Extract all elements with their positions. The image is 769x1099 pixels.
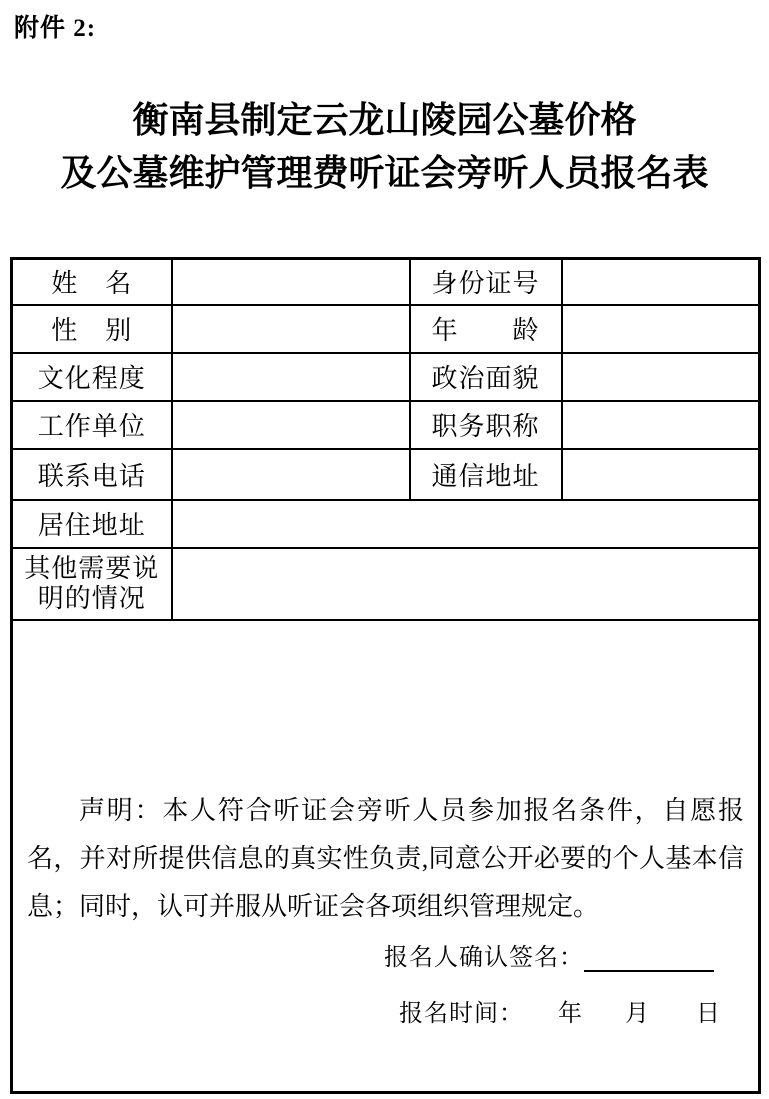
field-political-status[interactable] <box>562 353 760 401</box>
field-other-notes[interactable] <box>172 548 760 620</box>
table-row: 工作单位 职务职称 <box>12 401 760 449</box>
signature-line: 报名人确认签名： <box>384 937 714 972</box>
field-job-title[interactable] <box>562 401 760 449</box>
table-row: 联系电话 通信地址 <box>12 449 760 500</box>
table-row: 姓 名 身份证号 <box>12 259 760 305</box>
page-title: 衡南县制定云龙山陵园公墓价格 及公墓维护管理费听证会旁听人员报名表 <box>0 94 769 200</box>
signature-underline[interactable] <box>584 946 714 972</box>
page-title-line2: 及公墓维护管理费听证会旁听人员报名表 <box>0 147 769 200</box>
date-line: 报名时间：年月日 <box>399 993 721 1028</box>
field-age[interactable] <box>562 305 760 353</box>
label-mailing-address: 通信地址 <box>410 449 562 500</box>
date-day-label: 日 <box>696 1001 721 1027</box>
field-mailing-address[interactable] <box>562 449 760 500</box>
table-row: 居住地址 <box>12 500 760 548</box>
document-page: 附件 2: 衡南县制定云龙山陵园公墓价格 及公墓维护管理费听证会旁听人员报名表 … <box>0 0 769 1099</box>
field-work-unit[interactable] <box>172 401 410 449</box>
field-education[interactable] <box>172 353 410 401</box>
date-year-label: 年 <box>558 1001 583 1027</box>
label-id-number: 身份证号 <box>410 259 562 305</box>
label-home-address: 居住地址 <box>12 500 172 548</box>
field-name[interactable] <box>172 259 410 305</box>
declaration-text: 声明：本人符合听证会旁听人员参加报名条件，自愿报名，并对所提供信息的真实性负责,… <box>27 787 744 931</box>
label-work-unit: 工作单位 <box>12 401 172 449</box>
label-education: 文化程度 <box>12 353 172 401</box>
attachment-label: 附件 2: <box>14 8 96 44</box>
label-name: 姓 名 <box>12 259 172 305</box>
label-phone: 联系电话 <box>12 449 172 500</box>
field-phone[interactable] <box>172 449 410 500</box>
field-gender[interactable] <box>172 305 410 353</box>
field-id-number[interactable] <box>562 259 760 305</box>
declaration-cell: 声明：本人符合听证会旁听人员参加报名条件，自愿报名，并对所提供信息的真实性负责,… <box>12 620 760 1093</box>
label-political-status: 政治面貌 <box>410 353 562 401</box>
registration-table: 姓 名 身份证号 性 别 年 龄 文化程度 政治面貌 工作单位 职务职称 <box>10 257 761 1094</box>
table-row: 文化程度 政治面貌 <box>12 353 760 401</box>
label-gender: 性 别 <box>12 305 172 353</box>
page-title-line1: 衡南县制定云龙山陵园公墓价格 <box>0 94 769 147</box>
label-age: 年 龄 <box>410 305 562 353</box>
table-row: 性 别 年 龄 <box>12 305 760 353</box>
label-job-title: 职务职称 <box>410 401 562 449</box>
label-other-notes: 其他需要说 明的情况 <box>12 548 172 620</box>
date-month-label: 月 <box>625 1001 650 1027</box>
date-label: 报名时间： <box>399 1001 524 1027</box>
table-row: 声明：本人符合听证会旁听人员参加报名条件，自愿报名，并对所提供信息的真实性负责,… <box>12 620 760 1093</box>
table-row: 其他需要说 明的情况 <box>12 548 760 620</box>
field-home-address[interactable] <box>172 500 760 548</box>
signature-label: 报名人确认签名： <box>384 945 584 971</box>
